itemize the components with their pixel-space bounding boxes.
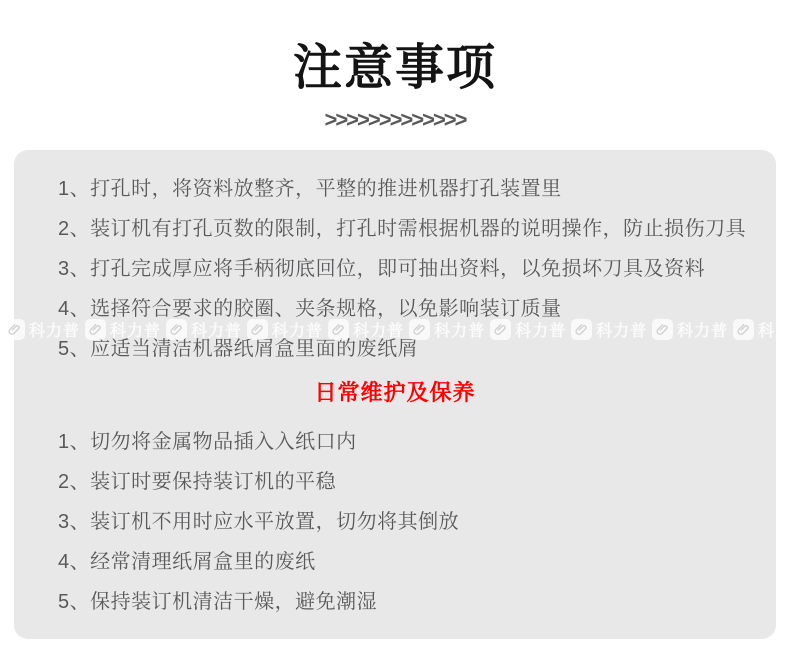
- list-item: 1、打孔时，将资料放整齐，平整的推进机器打孔装置里: [58, 175, 746, 203]
- maintenance-list: 1、切勿将金属物品插入入纸口内 2、装订时要保持装订机的平稳 3、装订机不用时应…: [58, 428, 459, 628]
- chevron-divider-icon: >>>>>>>>>>>>>: [0, 108, 790, 132]
- list-item: 3、装订机不用时应水平放置，切勿将其倒放: [58, 508, 459, 536]
- list-item: 2、装订时要保持装订机的平稳: [58, 468, 459, 496]
- maintenance-section-title: 日常维护及保养: [0, 381, 790, 405]
- list-item: 3、打孔完成厚应将手柄彻底回位，即可抽出资料，以免损坏刀具及资料: [58, 255, 746, 283]
- list-item: 5、保持装订机清洁干燥，避免潮湿: [58, 588, 459, 616]
- precautions-list: 1、打孔时，将资料放整齐，平整的推进机器打孔装置里 2、装订机有打孔页数的限制，…: [58, 175, 746, 375]
- product-notice-page: 注意事项 >>>>>>>>>>>>> 1、打孔时，将资料放整齐，平整的推进机器打…: [0, 0, 790, 659]
- list-item: 5、应适当清洁机器纸屑盒里面的废纸屑: [58, 335, 746, 363]
- list-item: 2、装订机有打孔页数的限制，打孔时需根据机器的说明操作，防止损伤刀具: [58, 215, 746, 243]
- list-item: 4、选择符合要求的胶圈、夹条规格，以免影响装订质量: [58, 295, 746, 323]
- list-item: 4、经常清理纸屑盒里的废纸: [58, 548, 459, 576]
- list-item: 1、切勿将金属物品插入入纸口内: [58, 428, 459, 456]
- page-title: 注意事项: [0, 42, 790, 96]
